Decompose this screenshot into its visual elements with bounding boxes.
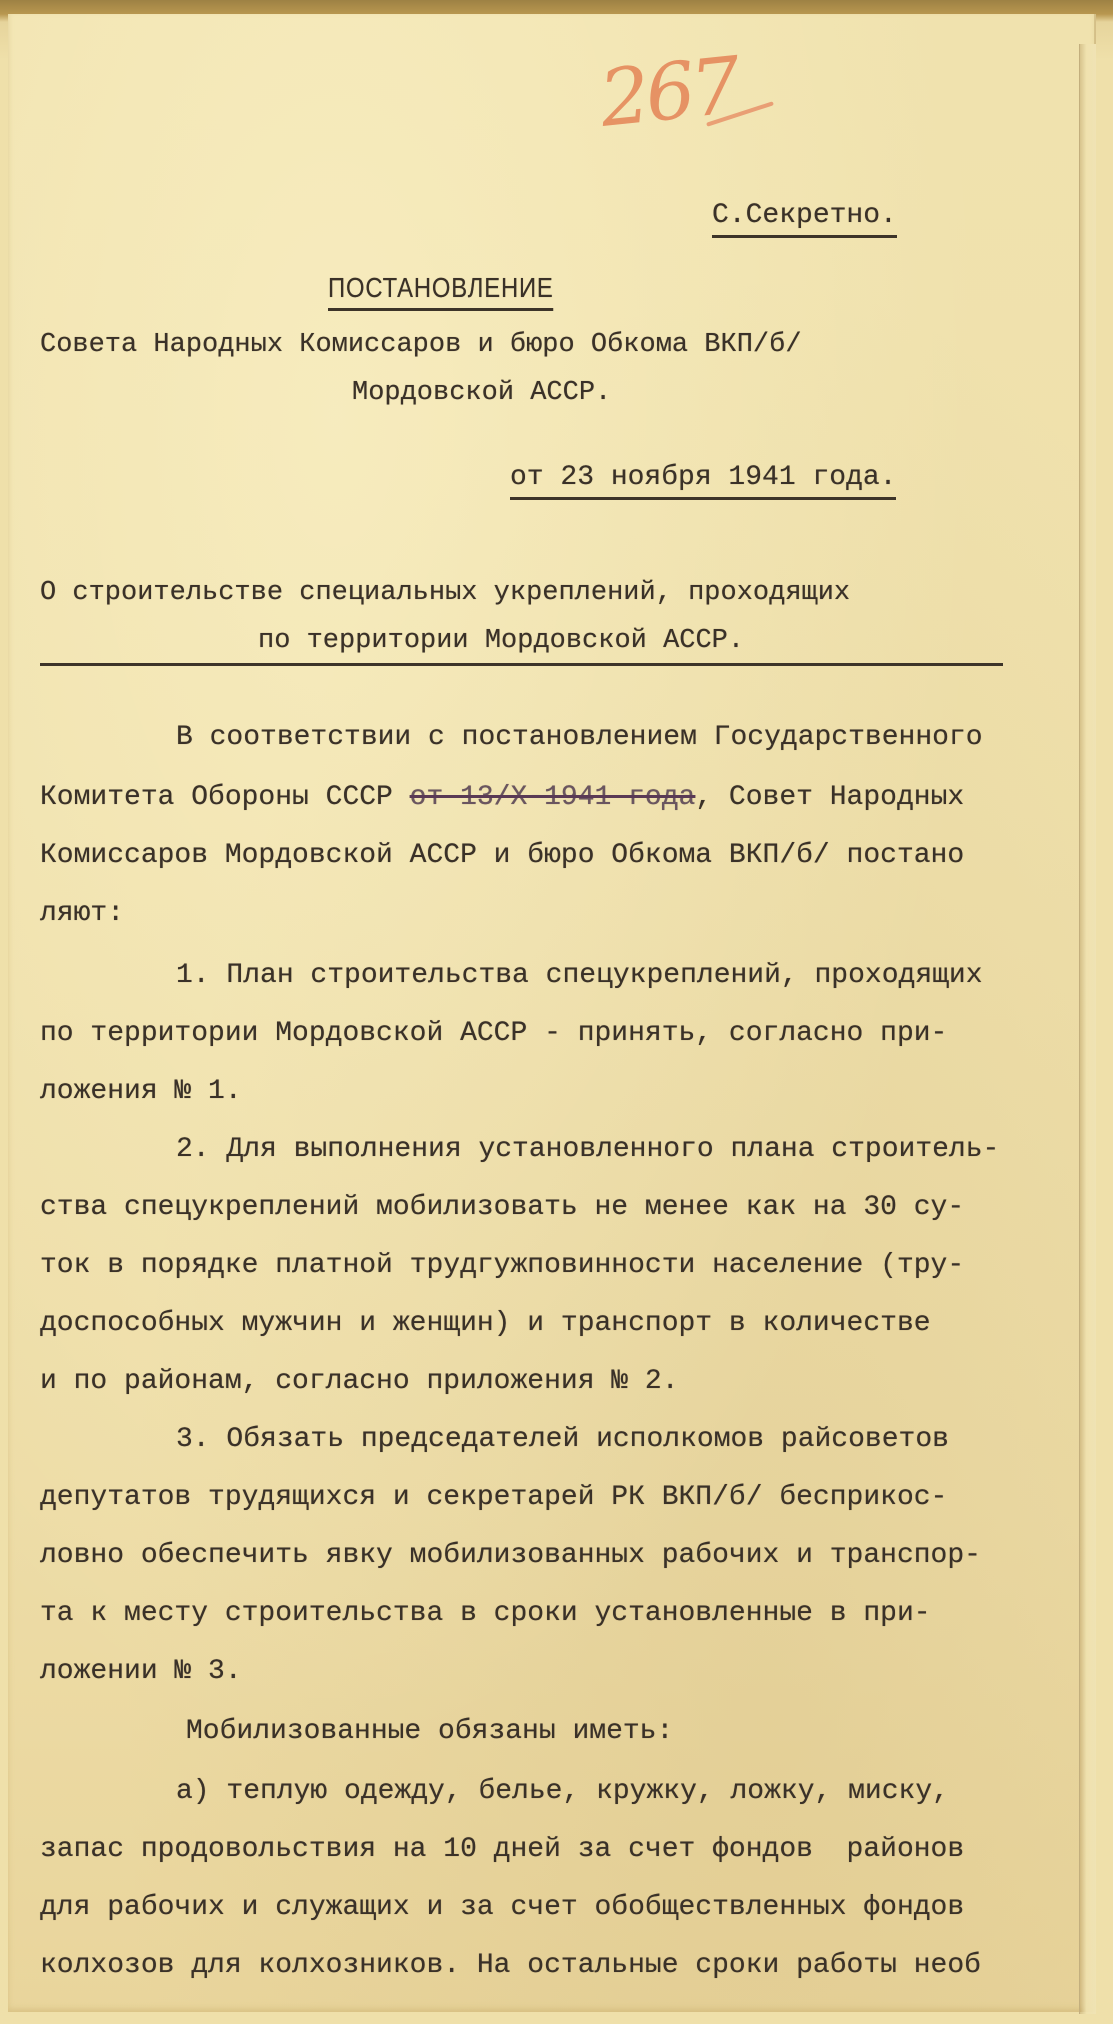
subitem-a-line-2: запас продовольствия на 10 дней за счет … bbox=[40, 1834, 964, 1865]
item-3-line-4: та к месту строительства в сроки установ… bbox=[40, 1598, 931, 1629]
item-2-line-5: и по районам, согласно приложения № 2. bbox=[40, 1366, 679, 1397]
item-3-line-3: ловно обеспечить явку мобилизованных раб… bbox=[40, 1540, 981, 1571]
item-2-line-4: доспособных мужчин и женщин) и транспорт… bbox=[40, 1308, 931, 1339]
paper-sheet bbox=[8, 14, 1096, 2012]
issuer-line-2: Мордовской АССР. bbox=[352, 378, 611, 408]
subitem-a-line-4: колхозов для колхозников. На остальные с… bbox=[40, 1950, 981, 1981]
subject-line-1: О строительстве специальных укреплений, … bbox=[40, 578, 850, 608]
item-2-line-2: ства спецукреплений мобилизовать не мене… bbox=[40, 1192, 964, 1223]
folio-number: 267 bbox=[596, 41, 742, 145]
struck-out-date: от 13/Х-1941 года bbox=[410, 782, 696, 813]
preamble-line-2-start: Комитета Обороны СССР bbox=[40, 782, 410, 813]
document-date: от 23 ноября 1941 года. bbox=[510, 462, 896, 500]
issuer-line-1: Совета Народных Комиссаров и бюро Обкома… bbox=[40, 330, 802, 360]
mobilized-heading: Мобилизованные обязаны иметь: bbox=[186, 1716, 673, 1747]
document-title: ПОСТАНОВЛЕНИЕ bbox=[328, 272, 554, 311]
scanned-page: 267 С.Секретно. ПОСТАНОВЛЕНИЕ Совета Нар… bbox=[0, 0, 1113, 2024]
item-3-line-1: 3. Обязать председателей исполкомов райс… bbox=[176, 1424, 949, 1455]
subitem-a-line-3: для рабочих и служащих и за счет обобщес… bbox=[40, 1892, 964, 1923]
item-2-line-3: ток в порядке платной трудгужповинности … bbox=[40, 1250, 964, 1281]
subject-underline bbox=[40, 663, 1003, 666]
item-1-line-3: ложения № 1. bbox=[40, 1076, 242, 1107]
item-3-line-2: депутатов трудящихся и секретарей РК ВКП… bbox=[40, 1482, 947, 1513]
paper-edge bbox=[1079, 44, 1096, 2014]
preamble-line-1: В соответствии с постановлением Государс… bbox=[176, 722, 983, 753]
subitem-a-line-1: а) теплую одежду, белье, кружку, ложку, … bbox=[176, 1776, 949, 1807]
item-1-line-1: 1. План строительства спецукреплений, пр… bbox=[176, 960, 983, 991]
item-3-line-5: ложении № 3. bbox=[40, 1656, 242, 1687]
preamble-line-2: Комитета Обороны СССР от 13/Х-1941 года,… bbox=[40, 782, 964, 813]
item-1-line-2: по территории Мордовской АССР - принять,… bbox=[40, 1018, 947, 1049]
item-2-line-1: 2. Для выполнения установленного плана с… bbox=[176, 1134, 999, 1165]
subject-line-2: по территории Мордовской АССР. bbox=[258, 626, 744, 656]
preamble-line-4: ляют: bbox=[40, 898, 124, 929]
preamble-line-2-end: , Совет Народных bbox=[695, 782, 964, 813]
classification-mark: С.Секретно. bbox=[712, 200, 897, 238]
preamble-line-3: Комиссаров Мордовской АССР и бюро Обкома… bbox=[40, 840, 964, 871]
